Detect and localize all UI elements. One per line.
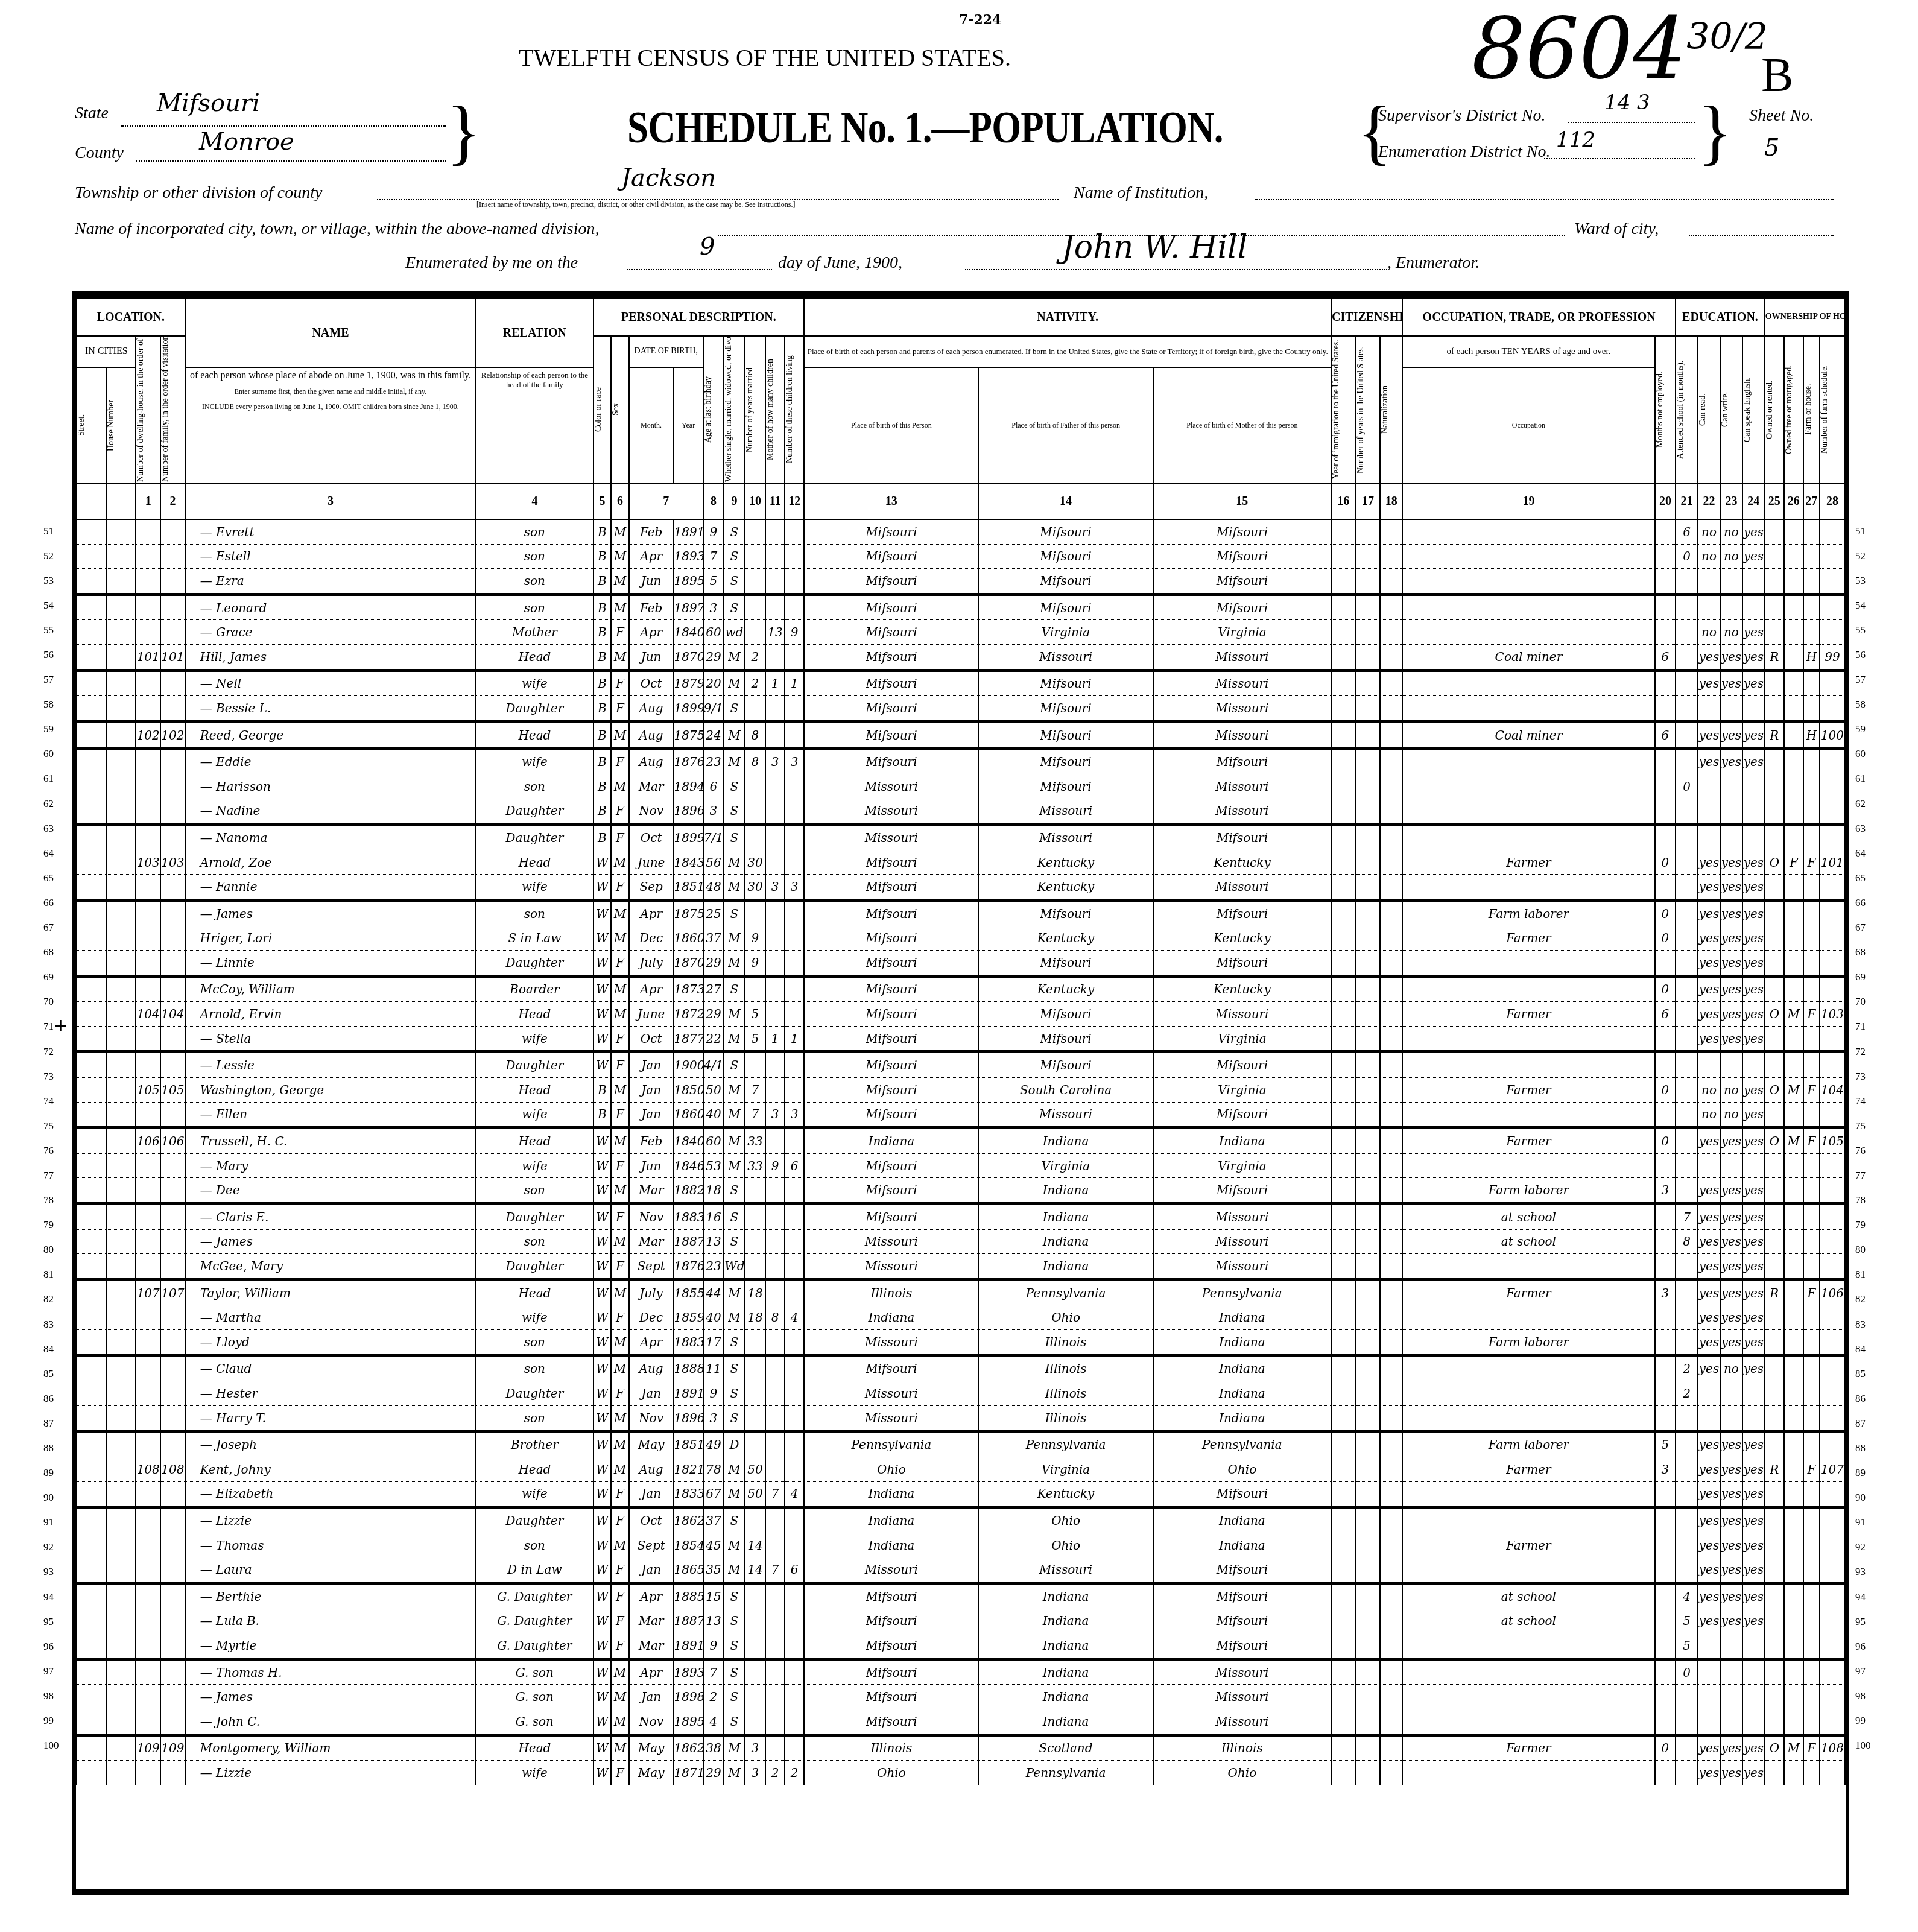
can-write: yes xyxy=(1720,1330,1742,1356)
person-name: — Linnie xyxy=(185,951,476,977)
birthplace-father: Indiana xyxy=(978,1128,1153,1154)
birth-month: Jun xyxy=(629,569,674,595)
city-label: Name of incorporated city, town, or vill… xyxy=(75,220,599,239)
years-married xyxy=(745,1229,765,1254)
family-number xyxy=(160,1633,185,1659)
family-number xyxy=(160,1178,185,1204)
empty-cell xyxy=(1331,519,1356,544)
farm-schedule-number xyxy=(1820,1254,1845,1280)
owned-rented xyxy=(1765,696,1784,722)
sex: F xyxy=(611,951,629,977)
children-living xyxy=(785,1609,804,1633)
person-name: — Hester xyxy=(185,1381,476,1406)
occupation: Coal miner xyxy=(1402,721,1654,749)
can-write xyxy=(1720,1633,1742,1659)
birth-month: Mar xyxy=(629,1178,674,1204)
line-number: 70 xyxy=(43,996,54,1008)
empty-cell xyxy=(77,850,106,875)
farm-house xyxy=(1803,670,1820,696)
years-married xyxy=(745,1583,765,1609)
owned-rented: R xyxy=(1765,721,1784,749)
birthplace-person: Missouri xyxy=(804,1229,978,1254)
dwelling-number xyxy=(136,900,160,926)
occupation xyxy=(1402,749,1654,774)
birthplace-father: Scotland xyxy=(978,1735,1153,1761)
color-race: W xyxy=(593,1052,612,1078)
farm-schedule-number xyxy=(1820,544,1845,569)
empty-cell xyxy=(1331,1128,1356,1154)
can-read xyxy=(1698,1153,1720,1178)
age: 24 xyxy=(703,721,724,749)
birth-month: Apr xyxy=(629,1330,674,1356)
free-mortgaged: M xyxy=(1784,1128,1803,1154)
marital-status: M xyxy=(724,1078,744,1103)
line-number: 77 xyxy=(43,1170,54,1182)
line-number: 80 xyxy=(43,1244,54,1256)
table-row: — John C.G. sonWMNov18954SMifsouriIndian… xyxy=(77,1709,1845,1735)
birthplace-mother: Pennsylvania xyxy=(1153,1279,1331,1305)
attended-school xyxy=(1676,644,1698,670)
dwelling-number xyxy=(136,670,160,696)
occupation: Farmer xyxy=(1402,1457,1654,1481)
can-write: yes xyxy=(1720,976,1742,1002)
color-race: B xyxy=(593,774,612,799)
occupation xyxy=(1402,1153,1654,1178)
free-mortgaged xyxy=(1784,1633,1803,1659)
family-number xyxy=(160,1761,185,1785)
empty-cell xyxy=(106,519,136,544)
empty-cell xyxy=(1380,749,1402,774)
free-mortgaged xyxy=(1784,1533,1803,1557)
owned-rented xyxy=(1765,1026,1784,1052)
color-race: B xyxy=(593,569,612,595)
empty-cell xyxy=(1356,1178,1381,1204)
farm-house xyxy=(1803,1685,1820,1709)
sex: M xyxy=(611,594,629,620)
years-married xyxy=(745,799,765,825)
age: 13 xyxy=(703,1229,724,1254)
farm-house xyxy=(1803,1609,1820,1633)
family-number xyxy=(160,519,185,544)
col-num: 19 xyxy=(1402,483,1654,519)
dwelling-number xyxy=(136,544,160,569)
line-number: 85 xyxy=(43,1368,54,1380)
birth-month: Aug xyxy=(629,721,674,749)
age: 9 xyxy=(703,519,724,544)
empty-cell xyxy=(1331,1405,1356,1431)
years-married xyxy=(745,1431,765,1457)
birthplace-person: Ohio xyxy=(804,1761,978,1785)
empty-cell xyxy=(1380,1229,1402,1254)
years-married xyxy=(745,774,765,799)
empty-cell xyxy=(1380,1153,1402,1178)
line-number: 83 xyxy=(1855,1319,1866,1331)
mother-of-children xyxy=(765,1709,785,1735)
can-speak-english: yes xyxy=(1742,1533,1765,1557)
color-race: B xyxy=(593,799,612,825)
relation: wife xyxy=(476,670,593,696)
birth-month: Oct xyxy=(629,1026,674,1052)
table-row: — JamessonWMApr187525SMifsouriMifsouriMi… xyxy=(77,900,1845,926)
col-num: 3 xyxy=(185,483,476,519)
farm-house xyxy=(1803,1431,1820,1457)
occupation xyxy=(1402,825,1654,850)
sex: F xyxy=(611,1557,629,1583)
occupation: Farmer xyxy=(1402,926,1654,951)
mother-of-children: 3 xyxy=(765,1102,785,1128)
sex: M xyxy=(611,1457,629,1481)
can-read: yes xyxy=(1698,850,1720,875)
birthplace-father: Kentucky xyxy=(978,926,1153,951)
col-num: 22 xyxy=(1698,483,1720,519)
marital-status: M xyxy=(724,644,744,670)
can-read xyxy=(1698,1709,1720,1735)
can-read: yes xyxy=(1698,1609,1720,1633)
marital-status: S xyxy=(724,1381,744,1406)
empty-cell xyxy=(1380,1254,1402,1280)
occupation xyxy=(1402,1659,1654,1685)
owned-rented xyxy=(1765,1102,1784,1128)
line-number: 56 xyxy=(1855,649,1866,661)
relation: Head xyxy=(476,644,593,670)
can-speak-english: yes xyxy=(1742,620,1765,645)
family-number xyxy=(160,620,185,645)
marital-status: S xyxy=(724,1178,744,1204)
birthplace-person: Mifsouri xyxy=(804,850,978,875)
birthplace-person: Mifsouri xyxy=(804,1609,978,1633)
age: 29 xyxy=(703,1761,724,1785)
birthplace-mother: Kentucky xyxy=(1153,926,1331,951)
empty-cell xyxy=(77,1431,106,1457)
empty-cell xyxy=(106,1381,136,1406)
months-not-employed: 0 xyxy=(1655,1735,1676,1761)
sex: M xyxy=(611,1229,629,1254)
person-name: Washington, George xyxy=(185,1078,476,1103)
birth-year: 1875 xyxy=(674,900,703,926)
can-read: yes xyxy=(1698,1431,1720,1457)
sex: F xyxy=(611,1026,629,1052)
birthplace-person: Mifsouri xyxy=(804,875,978,901)
empty-cell xyxy=(1380,1305,1402,1330)
line-number: 68 xyxy=(43,946,54,958)
attended-school: 8 xyxy=(1676,1229,1698,1254)
can-write: no xyxy=(1720,620,1742,645)
header-house-number: House Number xyxy=(107,368,116,483)
empty-cell xyxy=(1380,1128,1402,1154)
birth-year: 1851 xyxy=(674,1431,703,1457)
empty-cell xyxy=(1356,670,1381,696)
mother-of-children xyxy=(765,1178,785,1204)
birth-year: 1876 xyxy=(674,749,703,774)
person-name: — Lizzie xyxy=(185,1761,476,1785)
months-not-employed xyxy=(1655,951,1676,977)
birth-year: 1887 xyxy=(674,1229,703,1254)
table-row: — DeesonWMMar188218SMifsouriIndianaMifso… xyxy=(77,1178,1845,1204)
relation: G. son xyxy=(476,1685,593,1709)
empty-cell xyxy=(106,1254,136,1280)
occupation xyxy=(1402,1381,1654,1406)
col-num: 14 xyxy=(978,483,1153,519)
empty-cell xyxy=(77,670,106,696)
person-name: — Mary xyxy=(185,1153,476,1178)
sex: M xyxy=(611,900,629,926)
color-race: W xyxy=(593,1633,612,1659)
birth-month: Sept xyxy=(629,1254,674,1280)
mother-of-children: 9 xyxy=(765,1153,785,1178)
farm-schedule-number xyxy=(1820,900,1845,926)
enumeration-value: 112 xyxy=(1556,128,1595,152)
farm-house xyxy=(1803,519,1820,544)
color-race: B xyxy=(593,620,612,645)
empty-cell xyxy=(106,1026,136,1052)
empty-cell xyxy=(1331,951,1356,977)
age: 29 xyxy=(703,1002,724,1027)
empty-cell xyxy=(1331,544,1356,569)
empty-cell xyxy=(106,1533,136,1557)
mother-of-children: 8 xyxy=(765,1305,785,1330)
empty-cell xyxy=(106,799,136,825)
years-married xyxy=(745,825,765,850)
can-read: yes xyxy=(1698,1178,1720,1204)
line-number: 84 xyxy=(43,1343,54,1355)
table-row: — Bessie L.DaughterBFAug18999/12SMifsour… xyxy=(77,696,1845,722)
empty-cell xyxy=(1356,1507,1381,1533)
empty-cell xyxy=(77,1557,106,1583)
dwelling-number xyxy=(136,1557,160,1583)
birth-month: Apr xyxy=(629,976,674,1002)
children-living xyxy=(785,926,804,951)
empty-cell xyxy=(77,1381,106,1406)
children-living xyxy=(785,1330,804,1356)
table-row: 109109Montgomery, WilliamHeadWMMay186238… xyxy=(77,1735,1845,1761)
age: 16 xyxy=(703,1204,724,1230)
empty-cell xyxy=(106,951,136,977)
can-read: yes xyxy=(1698,1533,1720,1557)
can-speak-english: yes xyxy=(1742,1026,1765,1052)
birth-year: 1843 xyxy=(674,850,703,875)
free-mortgaged xyxy=(1784,1229,1803,1254)
person-name: — Lula B. xyxy=(185,1609,476,1633)
free-mortgaged xyxy=(1784,519,1803,544)
line-number: 91 xyxy=(1855,1516,1866,1528)
person-name: — Leonard xyxy=(185,594,476,620)
mother-of-children xyxy=(765,1229,785,1254)
enumeration-label: Enumeration District No. xyxy=(1378,142,1550,162)
birthplace-person: Mifsouri xyxy=(804,1153,978,1178)
children-living xyxy=(785,1533,804,1557)
birthplace-mother: Indiana xyxy=(1153,1330,1331,1356)
birth-year: 1876 xyxy=(674,1254,703,1280)
empty-cell xyxy=(1356,1102,1381,1128)
can-read: yes xyxy=(1698,1305,1720,1330)
empty-cell xyxy=(77,1279,106,1305)
relation: son xyxy=(476,1405,593,1431)
farm-schedule-number xyxy=(1820,1405,1845,1431)
attended-school xyxy=(1676,976,1698,1002)
can-write xyxy=(1720,1709,1742,1735)
birthplace-father: Pennsylvania xyxy=(978,1279,1153,1305)
months-not-employed xyxy=(1655,749,1676,774)
children-living xyxy=(785,544,804,569)
empty-cell xyxy=(1380,951,1402,977)
header-can-write: Can write. xyxy=(1721,337,1730,482)
birthplace-father: Pennsylvania xyxy=(978,1431,1153,1457)
can-speak-english xyxy=(1742,1709,1765,1735)
line-number: 84 xyxy=(1855,1343,1866,1355)
family-number xyxy=(160,900,185,926)
group-relation: RELATION xyxy=(476,299,593,367)
empty-cell xyxy=(1356,951,1381,977)
table-row: — LessieDaughterWFJan19004/12SMifsouriMi… xyxy=(77,1052,1845,1078)
free-mortgaged xyxy=(1784,544,1803,569)
sex: M xyxy=(611,1330,629,1356)
birth-month: Mar xyxy=(629,1229,674,1254)
sex: M xyxy=(611,774,629,799)
table-row: — FanniewifeWFSep185148M3033MifsouriKent… xyxy=(77,875,1845,901)
marital-status: wd xyxy=(724,620,744,645)
line-number: 89 xyxy=(43,1467,54,1479)
family-number xyxy=(160,774,185,799)
age: 44 xyxy=(703,1279,724,1305)
free-mortgaged xyxy=(1784,1355,1803,1381)
months-not-employed xyxy=(1655,825,1676,850)
age: 35 xyxy=(703,1557,724,1583)
free-mortgaged xyxy=(1784,1685,1803,1709)
owned-rented xyxy=(1765,1381,1784,1406)
mother-of-children: 1 xyxy=(765,1026,785,1052)
empty-cell xyxy=(77,1204,106,1230)
months-not-employed xyxy=(1655,1633,1676,1659)
birthplace-mother: Missouri xyxy=(1153,1254,1331,1280)
empty-cell xyxy=(1380,1633,1402,1659)
empty-cell xyxy=(77,799,106,825)
empty-cell xyxy=(1331,1609,1356,1633)
age: 37 xyxy=(703,926,724,951)
empty-cell xyxy=(1356,1002,1381,1027)
age: 9 xyxy=(703,1633,724,1659)
birth-month: Sep xyxy=(629,875,674,901)
empty-cell xyxy=(1356,1709,1381,1735)
months-not-employed xyxy=(1655,569,1676,595)
line-number: 83 xyxy=(43,1319,54,1331)
attended-school xyxy=(1676,670,1698,696)
line-number: 73 xyxy=(43,1071,54,1083)
can-read xyxy=(1698,569,1720,595)
farm-schedule-number xyxy=(1820,1229,1845,1254)
occupation xyxy=(1402,1761,1654,1785)
empty-cell xyxy=(1380,1431,1402,1457)
sex: F xyxy=(611,1507,629,1533)
birthplace-person: Mifsouri xyxy=(804,1583,978,1609)
sex: M xyxy=(611,850,629,875)
age: 23 xyxy=(703,1254,724,1280)
empty-cell xyxy=(1331,1533,1356,1557)
occupation xyxy=(1402,1481,1654,1507)
table-row: — EllenwifeBFJan186040M733MifsouriMissou… xyxy=(77,1102,1845,1128)
free-mortgaged xyxy=(1784,1204,1803,1230)
owned-rented xyxy=(1765,1153,1784,1178)
sex: M xyxy=(611,544,629,569)
line-number: 64 xyxy=(1855,847,1866,860)
group-location: LOCATION. xyxy=(77,299,185,336)
can-read: yes xyxy=(1698,976,1720,1002)
age: 27 xyxy=(703,976,724,1002)
children-living: 1 xyxy=(785,1026,804,1052)
can-read xyxy=(1698,799,1720,825)
dwelling-number xyxy=(136,926,160,951)
farm-schedule-number xyxy=(1820,1204,1845,1230)
children-living xyxy=(785,799,804,825)
family-number xyxy=(160,1405,185,1431)
can-write: yes xyxy=(1720,644,1742,670)
person-name: — James xyxy=(185,1229,476,1254)
free-mortgaged xyxy=(1784,1279,1803,1305)
free-mortgaged xyxy=(1784,696,1803,722)
can-speak-english xyxy=(1742,1052,1765,1078)
empty-cell xyxy=(1331,1052,1356,1078)
person-name: Montgomery, William xyxy=(185,1735,476,1761)
birth-year: 1891 xyxy=(674,519,703,544)
can-write xyxy=(1720,1659,1742,1685)
empty-cell xyxy=(1331,1002,1356,1027)
line-number: 69 xyxy=(43,971,54,983)
birthplace-father: Ohio xyxy=(978,1305,1153,1330)
farm-house xyxy=(1803,1381,1820,1406)
header-sex: Sex xyxy=(612,337,621,482)
dwelling-number xyxy=(136,1685,160,1709)
months-not-employed: 3 xyxy=(1655,1178,1676,1204)
line-number: 82 xyxy=(43,1293,54,1305)
empty-cell xyxy=(1380,721,1402,749)
can-read xyxy=(1698,1405,1720,1431)
table-row: — NanomaDaughterBFOct18997/12SMissouriMi… xyxy=(77,825,1845,850)
months-not-employed: 0 xyxy=(1655,926,1676,951)
empty-cell xyxy=(77,749,106,774)
birth-year: 1882 xyxy=(674,1178,703,1204)
years-married: 14 xyxy=(745,1557,765,1583)
farm-schedule-number xyxy=(1820,1507,1845,1533)
empty-cell xyxy=(1356,1405,1381,1431)
years-married xyxy=(745,1330,765,1356)
line-number: 71 xyxy=(43,1021,54,1033)
attended-school xyxy=(1676,1507,1698,1533)
line-number: 94 xyxy=(1855,1591,1866,1603)
empty-cell xyxy=(1356,1052,1381,1078)
empty-cell xyxy=(1331,1330,1356,1356)
empty-cell xyxy=(106,544,136,569)
relation: son xyxy=(476,1355,593,1381)
header-can-read: Can read. xyxy=(1698,337,1708,482)
dwelling-number xyxy=(136,1709,160,1735)
line-number: 67 xyxy=(1855,922,1866,934)
empty-cell xyxy=(77,1026,106,1052)
state-line xyxy=(121,107,446,127)
header-mother-of: Mother of how many children xyxy=(766,337,775,482)
age: 37 xyxy=(703,1507,724,1533)
dwelling-number xyxy=(136,1659,160,1685)
attended-school xyxy=(1676,1330,1698,1356)
line-number: 71 xyxy=(1855,1021,1866,1033)
can-write xyxy=(1720,1685,1742,1709)
color-race: W xyxy=(593,1229,612,1254)
birthplace-person: Indiana xyxy=(804,1305,978,1330)
can-speak-english xyxy=(1742,799,1765,825)
owned-rented xyxy=(1765,1609,1784,1633)
color-race: B xyxy=(593,670,612,696)
header-free-mortgaged: Owned free or mortgaged. xyxy=(1785,337,1794,482)
empty-cell xyxy=(77,951,106,977)
can-speak-english: yes xyxy=(1742,1507,1765,1533)
